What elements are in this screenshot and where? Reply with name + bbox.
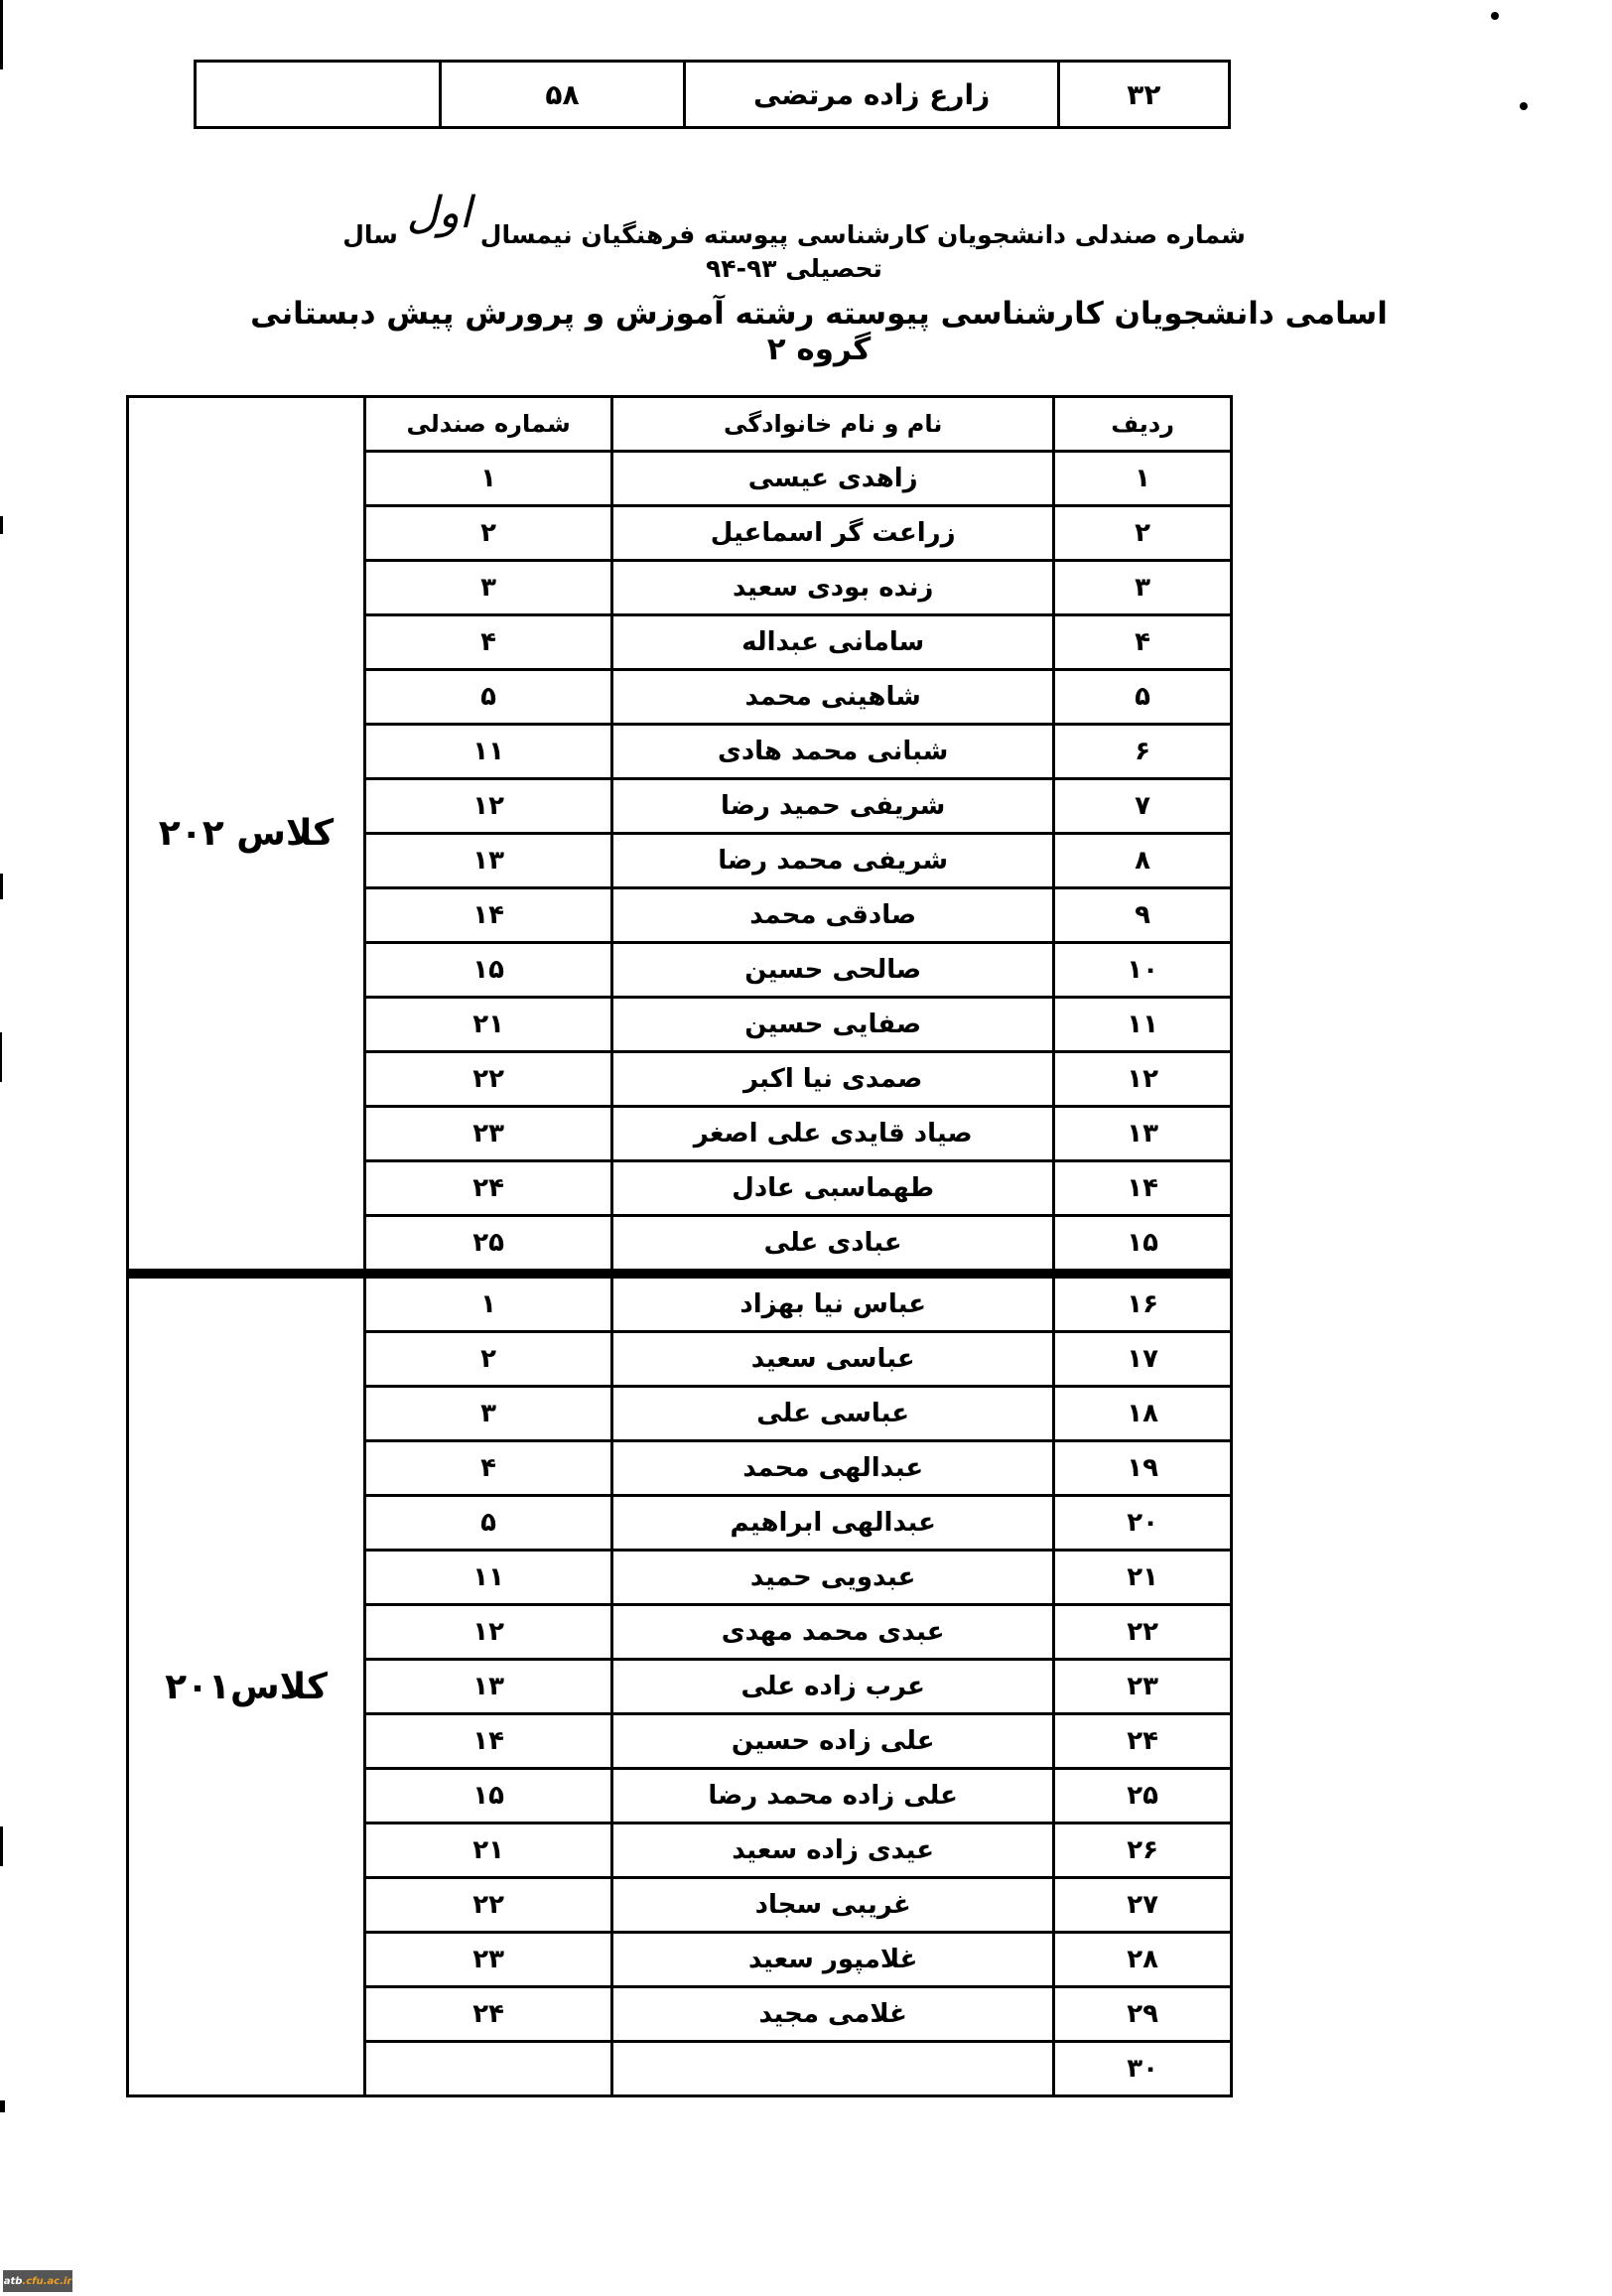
seat-number-cell: ۵ — [366, 1496, 612, 1551]
student-name-cell: صفایی حسین — [612, 998, 1054, 1052]
student-seat-table: ردیف نام و نام خانوادگی شماره صندلی ۱زاه… — [126, 395, 1233, 2097]
class-section-202: ردیف نام و نام خانوادگی شماره صندلی ۱زاه… — [126, 395, 1233, 1272]
row-number-cell: ۳۲ — [1058, 62, 1229, 128]
row-number-cell: ۱۲ — [1054, 1052, 1230, 1107]
seat-number-cell: ۱۴ — [366, 1714, 612, 1769]
row-number-cell: ۲۶ — [1054, 1823, 1230, 1878]
document-title: اسامی دانشجویان کارشناسی پیوسته رشته آمو… — [238, 296, 1400, 367]
document-subtitle: شماره صندلی دانشجویان کارشناسی پیوسته فر… — [298, 203, 1290, 283]
table-row: ۱۲صمدی نیا اکبر۲۲ — [366, 1052, 1230, 1107]
row-number-cell: ۲۰ — [1054, 1496, 1230, 1551]
row-number-cell: ۴ — [1054, 615, 1230, 670]
table-row: ۱۳صیاد قایدی علی اصغر۲۳ — [366, 1107, 1230, 1161]
row-number-cell: ۲۱ — [1054, 1551, 1230, 1605]
student-name-cell: عبدالهی محمد — [612, 1441, 1054, 1496]
table-row: ۳۰ — [366, 2042, 1230, 2095]
table-row: ۱۵عبادی علی۲۵ — [366, 1216, 1230, 1270]
table-row: ۲۲عبدی محمد مهدی۱۲ — [366, 1605, 1230, 1660]
seat-number-cell: ۱۲ — [366, 779, 612, 834]
row-number-cell: ۲۹ — [1054, 1987, 1230, 2042]
table-header-row: ردیف نام و نام خانوادگی شماره صندلی — [366, 398, 1230, 452]
student-name-cell: عبدی محمد مهدی — [612, 1605, 1054, 1660]
seat-number-cell: ۱۵ — [366, 943, 612, 998]
row-number-cell: ۲ — [1054, 506, 1230, 561]
seat-number-cell: ۱ — [366, 452, 612, 506]
table-row: ۸شریفی محمد رضا۱۳ — [366, 834, 1230, 888]
row-number-cell: ۳۰ — [1054, 2042, 1230, 2095]
table-row: ۶شبانی محمد هادی۱۱ — [366, 725, 1230, 779]
table-row: ۲۷غریبی سجاد۲۲ — [366, 1878, 1230, 1933]
section-divider — [126, 1272, 1233, 1279]
student-name-cell: عرب زاده علی — [612, 1660, 1054, 1714]
student-name-cell: عباسی سعید — [612, 1332, 1054, 1387]
seat-number-cell: ۴ — [366, 615, 612, 670]
table-row: ۱۱صفایی حسین۲۱ — [366, 998, 1230, 1052]
seat-number-cell: ۲۲ — [366, 1878, 612, 1933]
row-number-cell: ۲۸ — [1054, 1933, 1230, 1987]
row-number-cell: ۵ — [1054, 670, 1230, 725]
student-name-cell: عبدویی حمید — [612, 1551, 1054, 1605]
empty-cell — [196, 62, 441, 128]
watermark-suffix: .cfu.ac.ir — [22, 2276, 71, 2287]
row-number-cell: ۷ — [1054, 779, 1230, 834]
student-name-cell: علی زاده حسین — [612, 1714, 1054, 1769]
row-number-cell: ۲۳ — [1054, 1660, 1230, 1714]
student-name-cell — [612, 2042, 1054, 2095]
class-label: کلاس ۲۰۲ — [129, 398, 366, 1269]
row-number-cell: ۱۰ — [1054, 943, 1230, 998]
row-number-cell: ۱۹ — [1054, 1441, 1230, 1496]
table-row: ۷شریفی حمید رضا۱۲ — [366, 779, 1230, 834]
row-number-cell: ۲۴ — [1054, 1714, 1230, 1769]
seat-number-cell: ۴ — [366, 1441, 612, 1496]
seat-number-cell: ۱۳ — [366, 834, 612, 888]
student-name-cell: عباس نیا بهزاد — [612, 1279, 1054, 1332]
column-header-name: نام و نام خانوادگی — [612, 398, 1054, 452]
column-header-seat: شماره صندلی — [366, 398, 612, 452]
student-name-cell: صمدی نیا اکبر — [612, 1052, 1054, 1107]
subtitle-part1: شماره صندلی دانشجویان کارشناسی پیوسته فر… — [480, 220, 1246, 249]
row-number-cell: ۱۷ — [1054, 1332, 1230, 1387]
seat-number-cell: ۱ — [366, 1279, 612, 1332]
table-row: ۲زراعت گر اسماعیل۲ — [366, 506, 1230, 561]
row-number-cell: ۲۵ — [1054, 1769, 1230, 1823]
seat-number-cell: ۲ — [366, 506, 612, 561]
column-header-row: ردیف — [1054, 398, 1230, 452]
table-row: ۹صادقی محمد۱۴ — [366, 888, 1230, 943]
table-row: ۴سامانی عبداله۴ — [366, 615, 1230, 670]
seat-number-cell: ۱۱ — [366, 725, 612, 779]
seat-number-cell: ۲۴ — [366, 1161, 612, 1216]
student-name-cell: غلامی مجید — [612, 1987, 1054, 2042]
class-section-201: ۱۶عباس نیا بهزاد۱۱۷عباسی سعید۲۱۸عباسی عل… — [126, 1279, 1233, 2097]
scan-edge-mark — [0, 874, 3, 899]
row-number-cell: ۳ — [1054, 561, 1230, 615]
table-row: ۲۸غلامپور سعید۲۳ — [366, 1933, 1230, 1987]
class-label: کلاس۲۰۱ — [129, 1279, 366, 2094]
seat-number-cell: ۲۳ — [366, 1933, 612, 1987]
student-name-cell: صادقی محمد — [612, 888, 1054, 943]
row-number-cell: ۹ — [1054, 888, 1230, 943]
seat-number-cell: ۳ — [366, 1387, 612, 1441]
scan-edge-mark — [0, 2100, 5, 2112]
table-row: ۲۰عبدالهی ابراهیم۵ — [366, 1496, 1230, 1551]
seat-number-cell: ۲۲ — [366, 1052, 612, 1107]
previous-page-table: ۳۲ زارع زاده مرتضی ۵۸ — [194, 60, 1231, 129]
row-number-cell: ۲۷ — [1054, 1878, 1230, 1933]
student-name-cell: طهماسبی عادل — [612, 1161, 1054, 1216]
student-name-cell: زراعت گر اسماعیل — [612, 506, 1054, 561]
scan-edge-mark — [0, 0, 3, 69]
scan-speck — [1520, 102, 1528, 110]
seat-number-cell: ۱۱ — [366, 1551, 612, 1605]
seat-number-cell: ۳ — [366, 561, 612, 615]
seat-number-cell: ۲ — [366, 1332, 612, 1387]
seat-number-cell: ۲۱ — [366, 1823, 612, 1878]
seat-number-cell — [366, 2042, 612, 2095]
student-name-cell: شاهینی محمد — [612, 670, 1054, 725]
seat-number-cell: ۱۵ — [366, 1769, 612, 1823]
table-row: ۲۹غلامی مجید۲۴ — [366, 1987, 1230, 2042]
seat-number-cell: ۵ — [366, 670, 612, 725]
seat-cell: ۵۸ — [440, 62, 685, 128]
table-row: ۲۳عرب زاده علی۱۳ — [366, 1660, 1230, 1714]
watermark-prefix: atb — [4, 2276, 23, 2287]
row-number-cell: ۱ — [1054, 452, 1230, 506]
row-number-cell: ۱۸ — [1054, 1387, 1230, 1441]
row-number-cell: ۱۴ — [1054, 1161, 1230, 1216]
seat-number-cell: ۲۳ — [366, 1107, 612, 1161]
student-name-cell: سامانی عبداله — [612, 615, 1054, 670]
student-name-cell: شریفی حمید رضا — [612, 779, 1054, 834]
scan-edge-mark — [0, 516, 3, 534]
student-name-cell: صالحی حسین — [612, 943, 1054, 998]
seat-number-cell: ۲۱ — [366, 998, 612, 1052]
table-row: ۲۶عیدی زاده سعید۲۱ — [366, 1823, 1230, 1878]
table-row: ۱۹عبدالهی محمد۴ — [366, 1441, 1230, 1496]
table-row: ۵شاهینی محمد۵ — [366, 670, 1230, 725]
seat-number-cell: ۱۴ — [366, 888, 612, 943]
student-name-cell: غریبی سجاد — [612, 1878, 1054, 1933]
student-name-cell: عبدالهی ابراهیم — [612, 1496, 1054, 1551]
table-row: ۱۰صالحی حسین۱۵ — [366, 943, 1230, 998]
row-number-cell: ۱۱ — [1054, 998, 1230, 1052]
student-name-cell: عیدی زاده سعید — [612, 1823, 1054, 1878]
handwritten-semester: اول — [407, 188, 471, 238]
row-number-cell: ۱۳ — [1054, 1107, 1230, 1161]
student-name-cell: صیاد قایدی علی اصغر — [612, 1107, 1054, 1161]
row-number-cell: ۶ — [1054, 725, 1230, 779]
table-row: ۱۸عباسی علی۳ — [366, 1387, 1230, 1441]
student-name-cell: عباسی علی — [612, 1387, 1054, 1441]
student-name-cell: عبادی علی — [612, 1216, 1054, 1270]
name-cell: زارع زاده مرتضی — [685, 62, 1058, 128]
table-row: ۱۶عباس نیا بهزاد۱ — [366, 1279, 1230, 1332]
table-row: ۱۴طهماسبی عادل۲۴ — [366, 1161, 1230, 1216]
student-name-cell: شریفی محمد رضا — [612, 834, 1054, 888]
scan-edge-mark — [0, 1032, 2, 1082]
table-row: ۲۵علی زاده محمد رضا۱۵ — [366, 1769, 1230, 1823]
student-name-cell: شبانی محمد هادی — [612, 725, 1054, 779]
table-row: ۳زنده بودی سعید۳ — [366, 561, 1230, 615]
table-row: ۱زاهدی عیسی۱ — [366, 452, 1230, 506]
seat-number-cell: ۲۵ — [366, 1216, 612, 1270]
table-row: ۲۱عبدویی حمید۱۱ — [366, 1551, 1230, 1605]
scan-speck — [1491, 12, 1499, 20]
seat-number-cell: ۲۴ — [366, 1987, 612, 2042]
table-row: ۱۷عباسی سعید۲ — [366, 1332, 1230, 1387]
student-name-cell: غلامپور سعید — [612, 1933, 1054, 1987]
table-row: ۳۲ زارع زاده مرتضی ۵۸ — [196, 62, 1230, 128]
row-number-cell: ۲۲ — [1054, 1605, 1230, 1660]
student-name-cell: زنده بودی سعید — [612, 561, 1054, 615]
row-number-cell: ۱۵ — [1054, 1216, 1230, 1270]
watermark-badge: atb.cfu.ac.ir — [3, 2270, 72, 2292]
student-name-cell: علی زاده محمد رضا — [612, 1769, 1054, 1823]
student-name-cell: زاهدی عیسی — [612, 452, 1054, 506]
seat-number-cell: ۱۳ — [366, 1660, 612, 1714]
table-row: ۲۴علی زاده حسین۱۴ — [366, 1714, 1230, 1769]
row-number-cell: ۸ — [1054, 834, 1230, 888]
row-number-cell: ۱۶ — [1054, 1279, 1230, 1332]
seat-number-cell: ۱۲ — [366, 1605, 612, 1660]
scan-edge-mark — [0, 1826, 3, 1866]
